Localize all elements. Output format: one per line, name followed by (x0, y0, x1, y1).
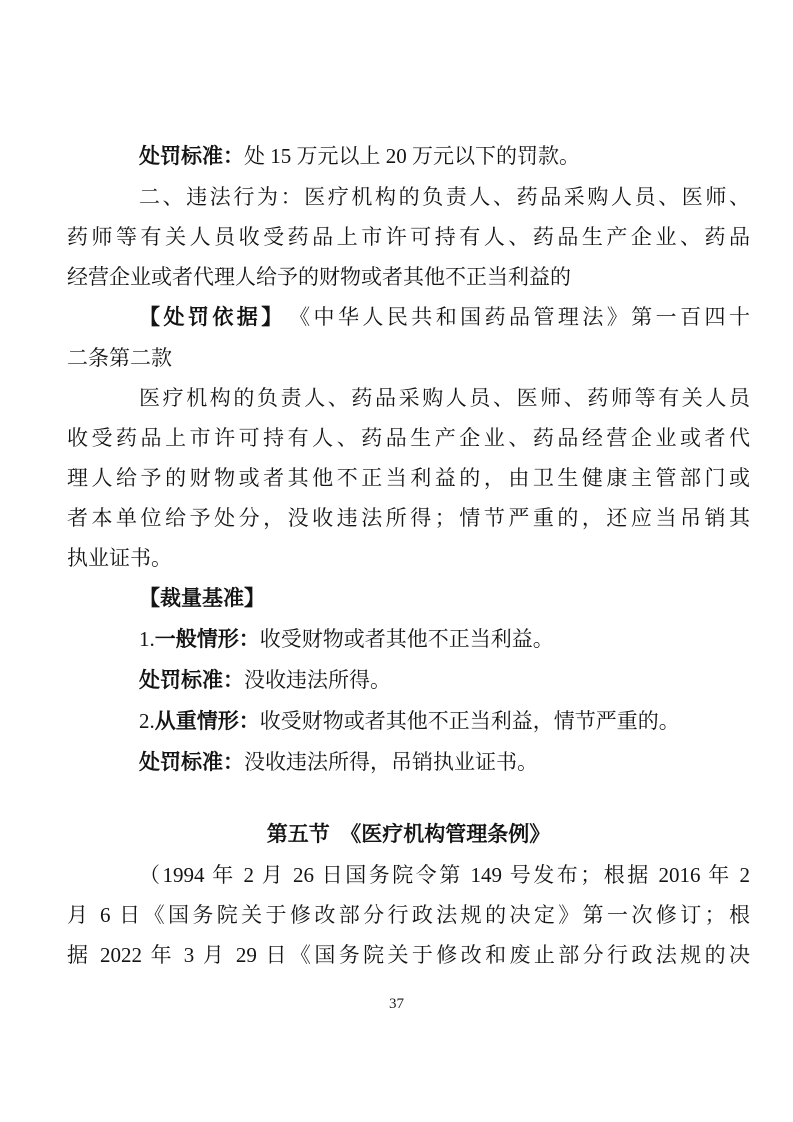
text-line: 理人给予的财物或者其他不正当利益的，由卫生健康主管部门或 (67, 458, 750, 498)
body-text: 据 2022 年 3 月 29 日《国务院关于修改和废止部分行政法规的决 (67, 943, 750, 967)
text-line: 【处罚依据】 《中华人民共和国药品管理法》第一百四十 (67, 297, 750, 338)
bold-label: 从重情形： (155, 710, 260, 733)
body-text: 理人给予的财物或者其他不正当利益的，由卫生健康主管部门或 (67, 466, 750, 490)
body-text: 二条第二款 (67, 346, 172, 370)
body-text: （1994 年 2 月 26 日国务院令第 149 号发布；根据 2016 年 … (139, 863, 750, 887)
body-text: 没收违法所得。 (244, 668, 391, 692)
text-line: 执业证书。 (67, 538, 750, 578)
text-line: 医疗机构的负责人、药品采购人员、医师、药师等有关人员 (67, 378, 750, 418)
text-line: 2.从重情形：收受财物或者其他不正当利益，情节严重的。 (67, 701, 750, 742)
text-line: 经营企业或者代理人给予的财物或者其他不正当利益的 (67, 257, 750, 297)
text-line: （1994 年 2 月 26 日国务院令第 149 号发布；根据 2016 年 … (67, 855, 750, 895)
body-text: 2. (139, 709, 155, 733)
body-text: 收受药品上市许可持有人、药品生产企业、药品经营企业或者代 (67, 426, 750, 450)
bold-label: 【裁量基准】 (139, 587, 265, 610)
bold-label: 处罚标准： (139, 669, 244, 692)
bold-label: 【处罚依据】 (139, 306, 275, 329)
text-line: 二、违法行为：医疗机构的负责人、药品采购人员、医师、 (67, 177, 750, 217)
body-text: 经营企业或者代理人给予的财物或者其他不正当利益的 (67, 265, 571, 289)
text-line: 据 2022 年 3 月 29 日《国务院关于修改和废止部分行政法规的决 (67, 935, 750, 975)
text-line: 【裁量基准】 (67, 578, 750, 619)
text-line: 者本单位给予处分，没收违法所得；情节严重的，还应当吊销其 (67, 498, 750, 538)
body-text: 1. (139, 627, 155, 651)
text-line: 处罚标准：没收违法所得。 (67, 660, 750, 701)
body-text: 执业证书。 (67, 546, 172, 570)
body-text: 者本单位给予处分，没收违法所得；情节严重的，还应当吊销其 (67, 506, 750, 530)
body-text: 二、违法行为：医疗机构的负责人、药品采购人员、医师、 (139, 185, 750, 209)
bold-label: 一般情形： (155, 628, 260, 651)
text-line: 药师等有关人员收受药品上市许可持有人、药品生产企业、药品 (67, 217, 750, 257)
document-page: 处罚标准：处 15 万元以上 20 万元以下的罚款。二、违法行为：医疗机构的负责… (0, 0, 793, 1122)
body-text: 收受财物或者其他不正当利益，情节严重的。 (260, 709, 680, 733)
bold-label: 处罚标准： (139, 751, 244, 774)
text-line: 月 6 日《国务院关于修改部分行政法规的决定》第一次修订；根 (67, 895, 750, 935)
body-text: 《中华人民共和国药品管理法》第一百四十 (275, 305, 750, 329)
text-line: 二条第二款 (67, 338, 750, 378)
body-text: 药师等有关人员收受药品上市许可持有人、药品生产企业、药品 (67, 225, 750, 249)
body-text: 处 15 万元以上 20 万元以下的罚款。 (244, 144, 580, 168)
body-text: 没收违法所得，吊销执业证书。 (244, 750, 538, 774)
text-line: 收受药品上市许可持有人、药品生产企业、药品经营企业或者代 (67, 418, 750, 458)
blank-line (67, 783, 750, 815)
text-line: 处罚标准：没收违法所得，吊销执业证书。 (67, 742, 750, 783)
document-body-text: 处罚标准：处 15 万元以上 20 万元以下的罚款。二、违法行为：医疗机构的负责… (67, 136, 750, 975)
text-line: 处罚标准：处 15 万元以上 20 万元以下的罚款。 (67, 136, 750, 177)
body-text: 月 6 日《国务院关于修改部分行政法规的决定》第一次修订；根 (67, 903, 750, 927)
section-heading: 第五节 《医疗机构管理条例》 (67, 815, 750, 855)
bold-label: 处罚标准： (139, 145, 244, 168)
text-line: 1.一般情形：收受财物或者其他不正当利益。 (67, 619, 750, 660)
page-number: 37 (0, 996, 793, 1013)
body-text: 医疗机构的负责人、药品采购人员、医师、药师等有关人员 (139, 386, 750, 410)
body-text: 收受财物或者其他不正当利益。 (260, 627, 554, 651)
